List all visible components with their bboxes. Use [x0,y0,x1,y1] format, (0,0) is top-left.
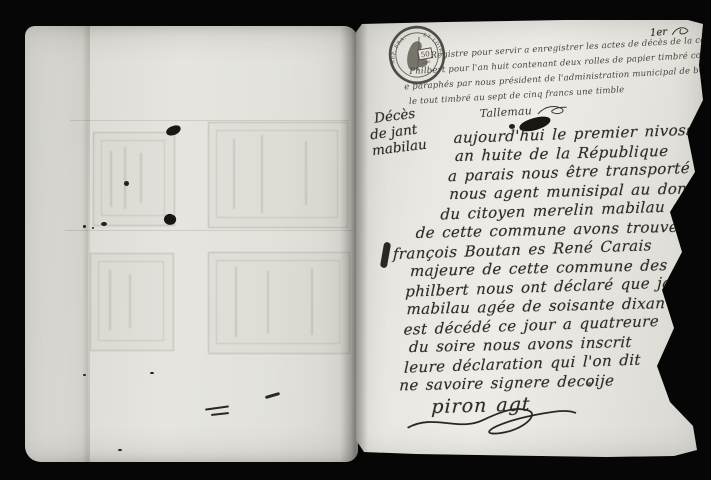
right-page: REP. FRA. ET LOIRE 50 cent 1er Registre … [356,20,705,457]
ink-smear [380,242,391,269]
fold-strip [25,26,88,462]
ink-blot [165,124,182,137]
horizontal-crease [65,230,353,231]
horizontal-crease [70,120,350,121]
showthrough-text-ghost [129,274,131,328]
showthrough-text-ghost [261,135,263,213]
showthrough-form [208,252,350,354]
ink-streak [205,405,229,410]
showthrough-text-ghost [305,141,307,205]
scanned-register-spread: REP. FRA. ET LOIRE 50 cent 1er Registre … [0,0,711,480]
showthrough-text-ghost [109,270,111,330]
signature-flourish-icon [403,399,579,440]
left-page [25,26,358,462]
showthrough-text-ghost [233,139,235,209]
ink-streak [211,412,229,416]
showthrough-form-border [98,261,164,341]
ink-speck [150,372,154,374]
showthrough-text-ghost [140,153,142,203]
ink-speck [101,222,107,226]
president-signature: Tallemau [479,104,532,120]
showthrough-text-ghost [267,271,269,333]
act-body: aujourd'hui le premier nivosse an huite … [386,122,698,419]
showthrough-text-ghost [235,267,237,337]
ink-streak [265,392,280,399]
vertical-crease [88,26,90,462]
showthrough-form [208,122,348,228]
showthrough-text-ghost [311,269,313,335]
register-header: Registre pour servir a enregistrer les a… [402,34,706,126]
ink-speck [92,227,94,229]
ink-speck [118,449,122,451]
ink-speck [124,181,129,186]
ink-speck [83,225,86,228]
showthrough-form [93,132,175,226]
showthrough-text-ghost [110,151,112,207]
showthrough-form [90,253,174,351]
ink-speck [83,374,86,376]
showthrough-text-ghost [124,147,126,209]
